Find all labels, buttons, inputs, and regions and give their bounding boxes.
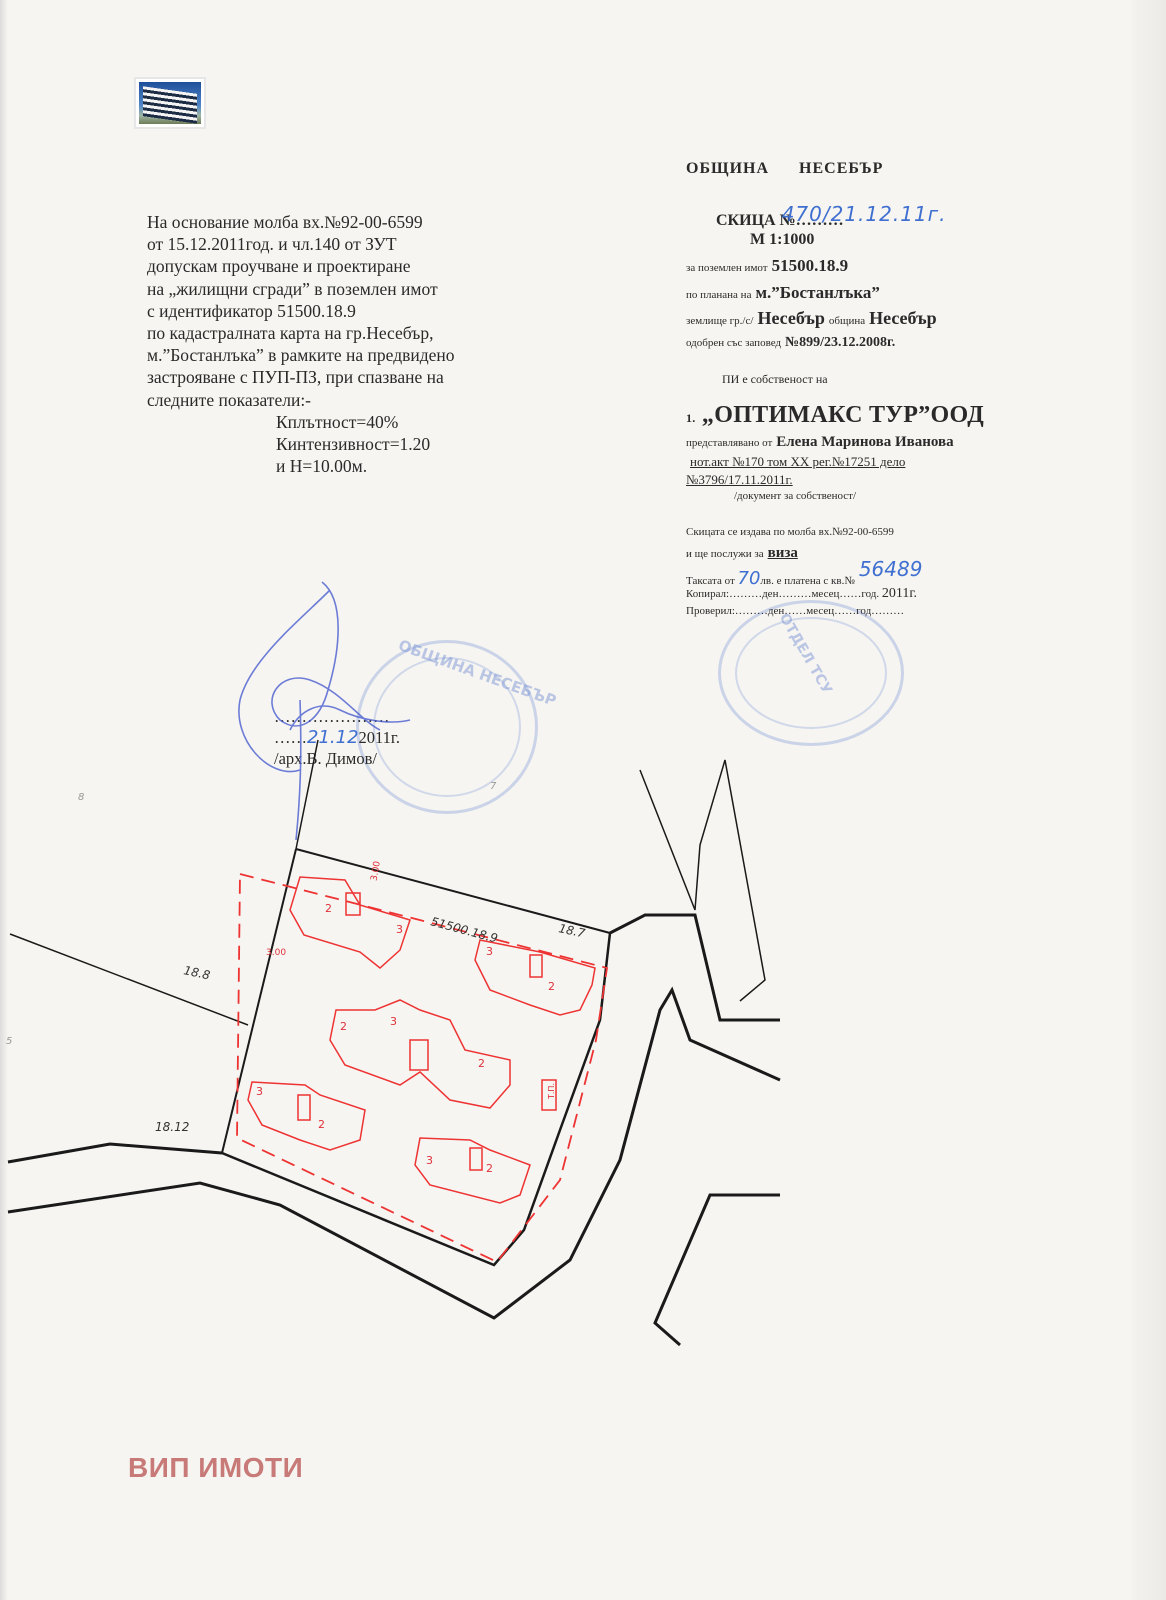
- svg-text:3.00: 3.00: [266, 948, 286, 958]
- svg-text:2: 2: [340, 1020, 347, 1033]
- svg-text:3: 3: [486, 945, 493, 958]
- building-envelope: [237, 874, 607, 1262]
- plot-boundary-left: [222, 849, 296, 1153]
- neighbor-18-12: 18.12: [155, 1120, 189, 1134]
- svg-text:3.00: 3.00: [370, 860, 383, 882]
- svg-text:2: 2: [548, 980, 555, 993]
- cadastral-map: 2 3 3 2 2 3 2 3 2 3 2 Т.П. 3.00 3.00 515…: [0, 0, 1166, 1600]
- svg-text:3: 3: [390, 1015, 397, 1028]
- neighbor-18-8: 18.8: [182, 963, 211, 982]
- watermark: ВИП ИМОТИ: [128, 1452, 303, 1484]
- svg-text:2: 2: [325, 902, 332, 915]
- svg-text:2: 2: [486, 1162, 493, 1175]
- svg-text:2: 2: [478, 1057, 485, 1070]
- buildings: [248, 877, 595, 1203]
- margin-number: 8: [78, 792, 84, 803]
- signature-scribble: [239, 582, 410, 840]
- svg-text:3: 3: [396, 923, 403, 936]
- svg-text:2: 2: [318, 1118, 325, 1131]
- svg-text:Т.П.: Т.П.: [547, 1083, 556, 1100]
- margin-number: 5: [6, 1036, 12, 1047]
- plot-label: 51500.18.9: [429, 914, 499, 945]
- margin-number: 7: [490, 781, 496, 792]
- svg-text:3: 3: [256, 1085, 263, 1098]
- svg-text:3: 3: [426, 1154, 433, 1167]
- neighbor-18-7: 18.7: [557, 921, 586, 940]
